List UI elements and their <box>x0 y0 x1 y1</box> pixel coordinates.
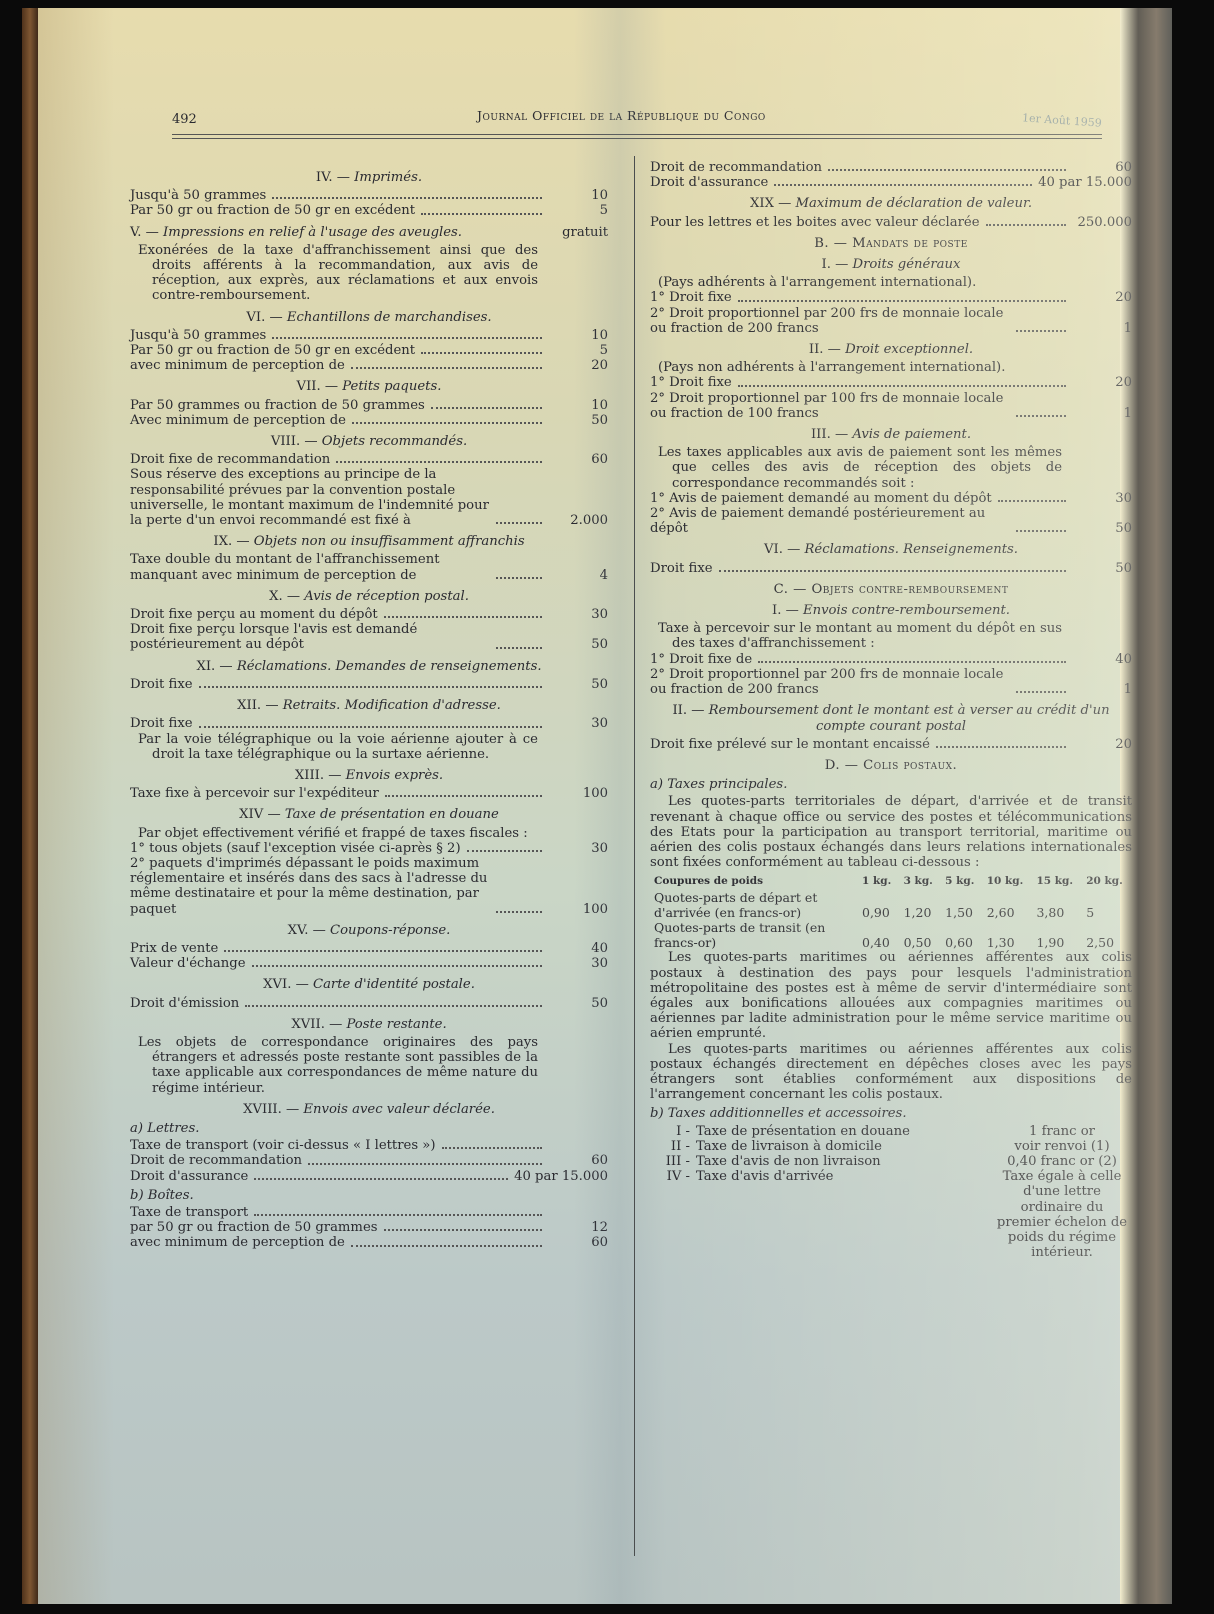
accessory-label: Taxe d'avis d'arrivée <box>696 1169 992 1260</box>
tariff-row: Droit d'assurance40 par 15.000 <box>650 175 1132 190</box>
subsection-title: b) Boîtes. <box>130 1188 608 1203</box>
section-note: Les taxes applicables aux avis de paieme… <box>650 445 1132 491</box>
tariff-value: 50 <box>548 677 608 692</box>
section-number: II. — <box>809 342 845 357</box>
tariff-label: 2° Droit proportionnel par 200 frs de mo… <box>650 667 1010 697</box>
header-rule <box>172 134 1102 135</box>
section-heading: III. — Avis de paiement. <box>650 427 1132 442</box>
tariff-label: avec minimum de perception de <box>130 1235 345 1250</box>
leader-dots <box>352 422 542 424</box>
tariff-row: Prix de vente40 <box>130 941 608 956</box>
table-column-header: 10 kg. <box>983 874 1033 889</box>
tariff-row: 1° Droit fixe20 <box>650 375 1132 390</box>
table-cell: 0,40 <box>858 920 900 950</box>
colis-rates-table: Coupures de poids1 kg.3 kg.5 kg.10 kg.15… <box>650 874 1132 950</box>
section-number: I. — <box>822 257 853 272</box>
tariff-row: Droit de recommandation60 <box>130 1153 608 1168</box>
section-number: IV. — <box>316 170 354 185</box>
table-row: Quotes-parts de transit (en francs-or)0,… <box>650 920 1132 950</box>
section-title: Echantillons de marchandises. <box>287 310 492 325</box>
section-number: XII. — <box>237 698 283 713</box>
leader-dots <box>384 616 542 618</box>
tariff-value: 40 par 15.000 <box>514 1169 608 1184</box>
book-spine <box>22 8 38 1604</box>
tariff-value: 50 <box>1072 521 1132 536</box>
accessory-label: Taxe de livraison à domicile <box>696 1139 992 1154</box>
tariff-row: Droit fixe30 <box>130 716 608 731</box>
leader-dots <box>758 661 1066 663</box>
section-heading: V. — Impressions en relief à l'usage des… <box>130 225 608 240</box>
table-cell: 0,50 <box>900 920 942 950</box>
tariff-value: 1 <box>1072 682 1132 697</box>
tariff-value: 30 <box>548 956 608 971</box>
tariff-value: 100 <box>548 902 608 917</box>
leader-dots <box>738 385 1066 387</box>
tariff-row: Droit fixe perçu lorsque l'avis est dema… <box>130 622 608 652</box>
tariff-row: Par 50 gr ou fraction de 50 gr en excéde… <box>130 343 608 358</box>
tariff-label: Pour les lettres et les boites avec vale… <box>650 215 980 230</box>
tariff-label: Droit fixe perçu au moment du dépôt <box>130 607 378 622</box>
tariff-value: 30 <box>548 716 608 731</box>
section-number: XIX — <box>750 196 796 211</box>
tariff-row: Par 50 grammes ou fraction de 50 grammes… <box>130 398 608 413</box>
tariff-label: Droit fixe <box>130 677 193 692</box>
leader-dots <box>986 224 1066 226</box>
section-heading: XIV — Taxe de présentation en douane <box>130 807 608 822</box>
table-header-label: Coupures de poids <box>650 874 858 889</box>
leader-dots <box>308 1163 542 1165</box>
tariff-row: Taxe fixe à percevoir sur l'expéditeur10… <box>130 786 608 801</box>
tariff-row: Droit d'assurance40 par 15.000 <box>130 1169 608 1184</box>
part-title: C. — Objets contre-remboursement <box>650 582 1132 597</box>
table-column-header: 20 kg. <box>1082 874 1132 889</box>
accessory-value: 0,40 franc or (2) <box>992 1154 1132 1169</box>
tariff-label: Droit d'assurance <box>650 175 768 190</box>
tariff-label: Taxe de transport <box>130 1205 248 1220</box>
tariff-label: 1° tous objets (sauf l'exception visée c… <box>130 841 461 856</box>
leader-dots <box>719 570 1066 572</box>
tariff-label: Droit fixe <box>130 716 193 731</box>
tariff-row: Taxe double du montant de l'affranchisse… <box>130 552 608 582</box>
tariff-row: Taxe de transport <box>130 1205 608 1220</box>
tariff-label: Valeur d'échange <box>130 956 246 971</box>
section-title: Envois contre-remboursement. <box>803 603 1010 618</box>
leader-dots <box>351 367 542 369</box>
tariff-row: Valeur d'échange30 <box>130 956 608 971</box>
leader-dots <box>1016 415 1066 417</box>
section-heading: IX. — Objets non ou insuffisamment affra… <box>130 534 608 549</box>
leader-dots <box>496 577 542 579</box>
leader-dots <box>336 461 542 463</box>
section-title: Taxe de présentation en douane <box>285 807 499 822</box>
colis-paragraph: Les quotes-parts maritimes ou aériennes … <box>650 1042 1132 1103</box>
tariff-label: 1° Avis de paiement demandé au moment du… <box>650 491 992 506</box>
leader-dots <box>421 213 542 215</box>
section-number: XI. — <box>196 659 236 674</box>
tariff-value: 20 <box>1072 375 1132 390</box>
tariff-row: Droit fixe de recommandation60 <box>130 452 608 467</box>
table-column-header: 15 kg. <box>1032 874 1082 889</box>
tariff-value: 5 <box>548 203 608 218</box>
tariff-label: Avec minimum de perception de <box>130 413 346 428</box>
section-heading: VII. — Petits paquets. <box>130 379 608 394</box>
section-paragraph: Les objets de correspondance originaires… <box>130 1035 608 1096</box>
table-cell: 1,90 <box>1032 920 1082 950</box>
tariff-label: 1° Droit fixe <box>650 375 732 390</box>
section-note: Taxe à percevoir sur le montant au momen… <box>650 621 1132 651</box>
section-heading: I. — Droits généraux <box>650 257 1132 272</box>
subsection-title: a) Lettres. <box>130 1121 608 1136</box>
tariff-row: Droit de recommandation60 <box>650 160 1132 175</box>
section-heading: II. — Droit exceptionnel. <box>650 342 1132 357</box>
section-title: Petits paquets. <box>342 379 441 394</box>
section-heading: XV. — Coupons-réponse. <box>130 923 608 938</box>
tariff-row: par 50 gr ou fraction de 50 grammes12 <box>130 1220 608 1235</box>
tariff-value: 20 <box>1072 737 1132 752</box>
tariff-row: 2° Droit proportionnel par 200 frs de mo… <box>650 667 1132 697</box>
accessory-label: Taxe de présentation en douane <box>696 1124 992 1139</box>
section-heading: VIII. — Objets recommandés. <box>130 434 608 449</box>
section-number: V. — <box>130 225 163 240</box>
right-column: Droit de recommandation60Droit d'assuran… <box>650 160 1132 1260</box>
section-number: XVIII. — <box>243 1102 303 1117</box>
section-paragraph: Exonérées de la taxe d'affranchissement … <box>130 243 608 304</box>
journal-title: Journal Officiel de la République du Con… <box>477 108 766 123</box>
section-number: IX. — <box>213 534 253 549</box>
section-value: gratuit <box>562 225 608 240</box>
tariff-label: Droit fixe perçu lorsque l'avis est dema… <box>130 622 490 652</box>
accessory-value: 1 franc or <box>992 1124 1132 1139</box>
tariff-label: Sous réserve des exceptions au principe … <box>130 467 490 528</box>
leader-dots <box>245 1005 542 1007</box>
book-page-spread: 492 Journal Officiel de la République du… <box>22 8 1172 1604</box>
section-title: Envois exprès. <box>346 768 443 783</box>
subsection-title: b) Taxes additionnelles et accessoires. <box>650 1106 1132 1121</box>
section-number: VI. — <box>246 310 287 325</box>
section-heading: II. — Remboursement dont le montant est … <box>650 703 1132 733</box>
tariff-label: Prix de vente <box>130 941 218 956</box>
column-divider <box>634 156 635 1556</box>
leader-dots <box>467 850 542 852</box>
tariff-row: Jusqu'à 50 grammes10 <box>130 328 608 343</box>
section-title: Avis de paiement. <box>852 427 971 442</box>
section-title: Réclamations. Demandes de renseignements… <box>237 659 542 674</box>
tariff-label: Par 50 gr ou fraction de 50 gr en excéde… <box>130 203 415 218</box>
tariff-value: 4 <box>548 568 608 583</box>
issue-date: 1er Août 1959 <box>1022 111 1103 130</box>
tariff-row: Droit fixe50 <box>130 677 608 692</box>
tariff-label: 2° Droit proportionnel par 200 frs de mo… <box>650 306 1010 336</box>
tariff-row: Sous réserve des exceptions au principe … <box>130 467 608 528</box>
tariff-row: Jusqu'à 50 grammes10 <box>130 188 608 203</box>
table-row-label: Quotes-parts de transit (en francs-or) <box>650 920 858 950</box>
tariff-row: 2° paquets d'imprimés dépassant le poids… <box>130 856 608 917</box>
tariff-label: avec minimum de perception de <box>130 358 345 373</box>
tariff-value: 40 <box>1072 652 1132 667</box>
colis-paragraph: Les quotes-parts territoriales de départ… <box>650 794 1132 870</box>
section-paragraph: Par la voie télégraphique ou la voie aér… <box>130 732 608 762</box>
section-title: Avis de réception postal. <box>304 589 469 604</box>
tariff-label: Droit d'émission <box>130 996 239 1011</box>
leader-dots <box>384 1229 542 1231</box>
header-rule <box>172 138 1102 139</box>
accessory-tax-row: I -Taxe de présentation en douane1 franc… <box>650 1124 1132 1139</box>
leader-dots <box>385 795 542 797</box>
part-title: D. — Colis postaux. <box>650 758 1132 773</box>
accessory-number: III - <box>650 1154 696 1169</box>
tariff-value: 10 <box>548 328 608 343</box>
tariff-value: 20 <box>548 358 608 373</box>
leader-dots <box>224 950 542 952</box>
table-cell: 1,30 <box>983 920 1033 950</box>
table-cell: 2,50 <box>1082 920 1132 950</box>
leader-dots <box>254 1178 508 1180</box>
section-number: III. — <box>811 427 852 442</box>
tariff-value: 30 <box>548 841 608 856</box>
leader-dots <box>272 337 542 339</box>
tariff-value: 50 <box>548 637 608 652</box>
tariff-row: avec minimum de perception de60 <box>130 1235 608 1250</box>
leader-dots <box>738 300 1066 302</box>
section-number: XVI. — <box>263 977 313 992</box>
tariff-row: Pour les lettres et les boites avec vale… <box>650 215 1132 230</box>
tariff-value: 30 <box>1072 491 1132 506</box>
section-number: VIII. — <box>271 434 322 449</box>
tariff-label: Droit de recommandation <box>650 160 822 175</box>
table-row: Quotes-parts de départ et d'arrivée (en … <box>650 890 1132 920</box>
table-cell: 3,80 <box>1032 890 1082 920</box>
accessory-label: Taxe d'avis de non livraison <box>696 1154 992 1169</box>
section-number: XIII. — <box>295 768 346 783</box>
tariff-row: Avec minimum de perception de50 <box>130 413 608 428</box>
accessory-value: voir renvoi (1) <box>992 1139 1132 1154</box>
section-number: VII. — <box>297 379 343 394</box>
tariff-value: 40 <box>548 941 608 956</box>
accessory-number: I - <box>650 1124 696 1139</box>
tariff-row: 1° Droit fixe de40 <box>650 652 1132 667</box>
section-number: XVII. — <box>291 1017 346 1032</box>
leader-dots <box>252 965 542 967</box>
tariff-label: Droit fixe de recommandation <box>130 452 330 467</box>
section-number: II. — <box>672 703 708 718</box>
tariff-value: 60 <box>548 1153 608 1168</box>
tariff-row: 2° Avis de paiement demandé postérieurem… <box>650 506 1132 536</box>
leader-dots <box>199 686 542 688</box>
section-number: XIV — <box>239 807 285 822</box>
tariff-label: Taxe de transport (voir ci-dessus « I le… <box>130 1138 436 1153</box>
leader-dots <box>1016 691 1066 693</box>
leader-dots <box>421 352 542 354</box>
subsection-title: a) Taxes principales. <box>650 777 1132 792</box>
table-column-header: 1 kg. <box>858 874 900 889</box>
tariff-value: 50 <box>1072 561 1132 576</box>
section-title: Objets non ou insuffisamment affranchis <box>254 534 525 549</box>
section-title: Maximum de déclaration de valeur. <box>796 196 1033 211</box>
section-heading: XVI. — Carte d'identité postale. <box>130 977 608 992</box>
section-heading: XI. — Réclamations. Demandes de renseign… <box>130 659 608 674</box>
tariff-label: 1° Droit fixe de <box>650 652 752 667</box>
accessory-tax-row: III -Taxe d'avis de non livraison0,40 fr… <box>650 1154 1132 1169</box>
leader-dots <box>351 1245 542 1247</box>
tariff-value: 60 <box>548 452 608 467</box>
tariff-label: Droit fixe prélevé sur le montant encais… <box>650 737 930 752</box>
section-title: Coupons-réponse. <box>330 923 450 938</box>
section-heading: VI. — Echantillons de marchandises. <box>130 310 608 325</box>
leader-dots <box>998 500 1066 502</box>
section-title: Droit exceptionnel. <box>845 342 973 357</box>
leader-dots <box>496 647 542 649</box>
leader-dots <box>496 522 542 524</box>
section-note: (Pays non adhérents à l'arrangement inte… <box>650 360 1132 375</box>
tariff-label: Droit de recommandation <box>130 1153 302 1168</box>
colis-paragraph: Les quotes-parts maritimes ou aériennes … <box>650 950 1132 1041</box>
section-heading: I. — Envois contre-remboursement. <box>650 603 1132 618</box>
section-title: Réclamations. Renseignements. <box>805 542 1019 557</box>
table-column-header: 3 kg. <box>900 874 942 889</box>
tariff-value: 2.000 <box>548 513 608 528</box>
tariff-value: 10 <box>548 188 608 203</box>
tariff-label: 2° paquets d'imprimés dépassant le poids… <box>130 856 490 917</box>
tariff-value: 30 <box>548 607 608 622</box>
tariff-value: 50 <box>548 413 608 428</box>
tariff-value: 20 <box>1072 290 1132 305</box>
section-title: Droits généraux <box>853 257 961 272</box>
tariff-value: 10 <box>548 398 608 413</box>
tariff-label: Taxe fixe à percevoir sur l'expéditeur <box>130 786 379 801</box>
section-heading: XII. — Retraits. Modification d'adresse. <box>130 698 608 713</box>
tariff-row: Droit fixe prélevé sur le montant encais… <box>650 737 1132 752</box>
tariff-label: par 50 gr ou fraction de 50 grammes <box>130 1220 378 1235</box>
section-title: Poste restante. <box>346 1017 446 1032</box>
leader-dots <box>199 726 542 728</box>
section-heading: VI. — Réclamations. Renseignements. <box>650 542 1132 557</box>
tariff-label: Par 50 grammes ou fraction de 50 grammes <box>130 398 425 413</box>
tariff-row: Taxe de transport (voir ci-dessus « I le… <box>130 1138 608 1153</box>
tariff-row: avec minimum de perception de20 <box>130 358 608 373</box>
leader-dots <box>1016 330 1066 332</box>
tariff-label: Taxe double du montant de l'affranchisse… <box>130 552 490 582</box>
tariff-label: Par 50 gr ou fraction de 50 gr en excéde… <box>130 343 415 358</box>
section-intro: Par objet effectivement vérifié et frapp… <box>130 826 608 841</box>
leader-dots <box>774 184 1032 186</box>
tariff-label: 1° Droit fixe <box>650 290 732 305</box>
tariff-value: 60 <box>1072 160 1132 175</box>
tariff-row: Droit fixe50 <box>650 561 1132 576</box>
section-number: X. — <box>269 589 304 604</box>
tariff-label: 2° Droit proportionnel par 100 frs de mo… <box>650 391 1010 421</box>
table-column-header: 5 kg. <box>941 874 983 889</box>
tariff-label: Droit fixe <box>650 561 713 576</box>
section-heading: XIX — Maximum de déclaration de valeur. <box>650 196 1132 211</box>
tariff-row: 1° Avis de paiement demandé au moment du… <box>650 491 1132 506</box>
table-cell: 5 <box>1082 890 1132 920</box>
tariff-label: Droit d'assurance <box>130 1169 248 1184</box>
section-title: Carte d'identité postale. <box>313 977 475 992</box>
accessory-number: II - <box>650 1139 696 1154</box>
table-cell: 1,20 <box>900 890 942 920</box>
section-title: Impressions en relief à l'usage des aveu… <box>163 225 462 240</box>
section-heading: X. — Avis de réception postal. <box>130 589 608 604</box>
accessory-number: IV - <box>650 1169 696 1260</box>
tariff-label: Jusqu'à 50 grammes <box>130 328 266 343</box>
section-heading: IV. — Imprimés. <box>130 170 608 185</box>
table-cell: 0,90 <box>858 890 900 920</box>
tariff-value: 1 <box>1072 321 1132 336</box>
page-header: 492 Journal Officiel de la République du… <box>172 106 1132 146</box>
section-title: Objets recommandés. <box>322 434 467 449</box>
tariff-row: 2° Droit proportionnel par 200 frs de mo… <box>650 306 1132 336</box>
table-row-label: Quotes-parts de départ et d'arrivée (en … <box>650 890 858 920</box>
leader-dots <box>431 407 542 409</box>
tariff-row: Droit d'émission50 <box>130 996 608 1011</box>
section-heading: XVII. — Poste restante. <box>130 1017 608 1032</box>
section-number: XV. — <box>288 923 330 938</box>
tariff-row: Droit fixe perçu au moment du dépôt30 <box>130 607 608 622</box>
tariff-label: 2° Avis de paiement demandé postérieurem… <box>650 506 1010 536</box>
accessory-tax-row: IV -Taxe d'avis d'arrivéeTaxe égale à ce… <box>650 1169 1132 1260</box>
section-title: Retraits. Modification d'adresse. <box>283 698 501 713</box>
tariff-value: 50 <box>548 996 608 1011</box>
tariff-row: 1° Droit fixe20 <box>650 290 1132 305</box>
section-heading: XIII. — Envois exprès. <box>130 768 608 783</box>
leader-dots <box>254 1214 542 1216</box>
leader-dots <box>272 197 542 199</box>
tariff-row: 2° Droit proportionnel par 100 frs de mo… <box>650 391 1132 421</box>
leader-dots <box>496 911 542 913</box>
table-cell: 0,60 <box>941 920 983 950</box>
tariff-value: 40 par 15.000 <box>1038 175 1132 190</box>
accessory-value: Taxe égale à celle d'une lettre ordinair… <box>992 1169 1132 1260</box>
tariff-value: 60 <box>548 1235 608 1250</box>
table-cell: 1,50 <box>941 890 983 920</box>
page-number: 492 <box>172 112 197 127</box>
section-number: VI. — <box>764 542 805 557</box>
section-title: Imprimés. <box>354 170 422 185</box>
section-note: (Pays adhérents à l'arrangement internat… <box>650 275 1132 290</box>
leader-dots <box>828 169 1066 171</box>
tariff-value: 5 <box>548 343 608 358</box>
leader-dots <box>442 1147 542 1149</box>
tariff-value: 1 <box>1072 406 1132 421</box>
tariff-value: 100 <box>548 786 608 801</box>
leader-dots <box>1016 530 1066 532</box>
part-title: B. — Mandats de poste <box>650 236 1132 251</box>
table-cell: 2,60 <box>983 890 1033 920</box>
tariff-row: Par 50 gr ou fraction de 50 gr en excéde… <box>130 203 608 218</box>
tariff-row: 1° tous objets (sauf l'exception visée c… <box>130 841 608 856</box>
section-heading: XVIII. — Envois avec valeur déclarée. <box>130 1102 608 1117</box>
section-title: Envois avec valeur déclarée. <box>303 1102 495 1117</box>
left-column: IV. — Imprimés.Jusqu'à 50 grammes10Par 5… <box>130 164 608 1251</box>
section-number: I. — <box>772 603 803 618</box>
heading-text: V. — Impressions en relief à l'usage des… <box>130 225 462 240</box>
section-title: Remboursement dont le montant est à vers… <box>709 703 1110 733</box>
tariff-value: 250.000 <box>1072 215 1132 230</box>
tariff-label: Jusqu'à 50 grammes <box>130 188 266 203</box>
tariff-value: 12 <box>548 1220 608 1235</box>
accessory-tax-row: II -Taxe de livraison à domicilevoir ren… <box>650 1139 1132 1154</box>
leader-dots <box>936 746 1066 748</box>
